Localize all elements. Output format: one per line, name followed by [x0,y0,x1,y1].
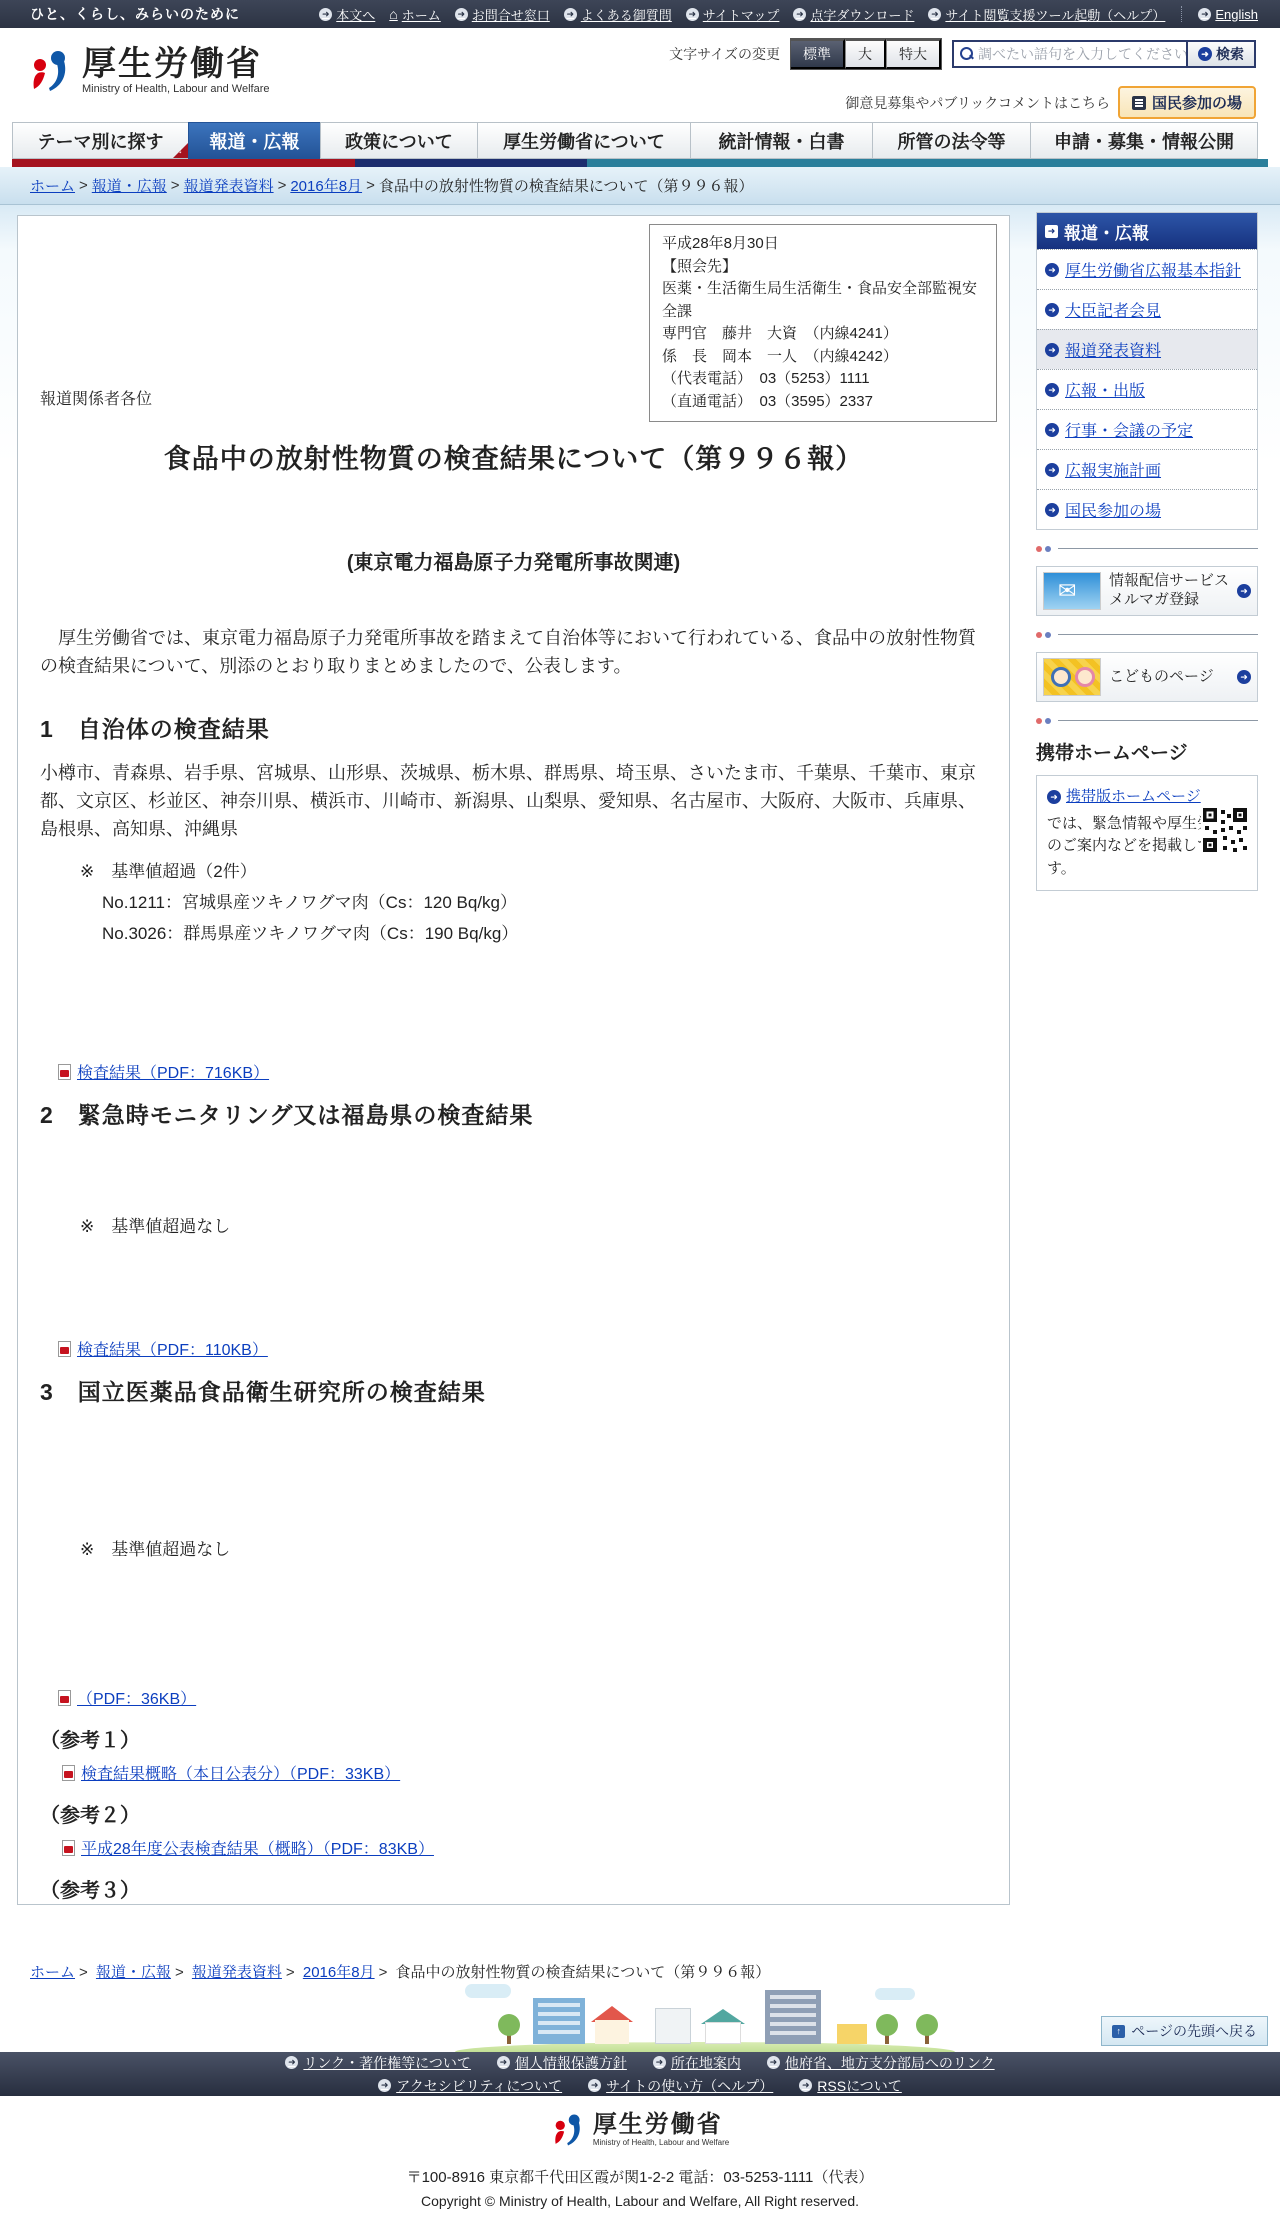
footer-logo-title: 厚生労働省 [593,2112,729,2138]
sidebar-menu-title: ➜報道・広報 [1037,213,1257,249]
pdf-icon [62,1840,75,1856]
section3-note: ※ 基準値超過なし [80,1535,987,1560]
reference3-heading: （参考３） [40,1874,987,1903]
arrow-circle-icon: ➜ [1237,670,1251,684]
strip-red [12,159,355,167]
arrow-circle-icon: ➜ [1045,423,1059,437]
sidebar-item-pr-policy[interactable]: ➜厚生労働省広報基本指針 [1037,249,1257,289]
breadcrumb-current: 食品中の放射性物質の検査結果について（第９９６報） [396,1964,771,1981]
page-title: 食品中の放射性物質の検査結果について（第９９６報） [40,437,987,476]
font-size-large-button[interactable]: 大 [845,39,886,69]
qr-code [1201,806,1249,854]
section1-heading: 1 自治体の検査結果 [40,711,987,744]
page-subtitle: (東京電力福島原子力発電所事故関連) [40,546,987,575]
arrow-circle-icon: ➜ [588,2079,601,2092]
contact-person-1: 専門官 藤井 大資 （内線4241） [662,323,984,346]
arrow-circle-icon: ➜ [1045,303,1059,317]
footer-copyright: Copyright © Ministry of Health, Labour a… [0,2193,1280,2209]
section1-pdf-link[interactable]: 検査結果（PDF：716KB） [77,1060,269,1083]
link-browsing-support[interactable]: ➜サイト閲覧支援ツール起動（ヘルプ） [928,5,1165,24]
footer: 厚生労働省 Ministry of Health, Labour and Wel… [0,2096,1280,2223]
section3-pdf-link[interactable]: （PDF：36KB） [77,1686,196,1709]
footer-link-accessibility[interactable]: ➜アクセシビリティについて [378,2076,562,2096]
arrow-circle-icon: ➜ [1045,343,1059,357]
footer-link-rss[interactable]: ➜RSSについて [799,2076,902,2096]
contact-department: 医薬・生活衛生局生活衛生・食品安全部監視安全課 [662,278,984,323]
sidebar: ➜報道・広報 ➜厚生労働省広報基本指針 ➜大臣記者会見 ➜報道発表資料 ➜広報・… [1036,212,1258,891]
sidebar-item-press-releases[interactable]: ➜報道発表資料 [1037,329,1257,369]
footer-address: 〒100-8916 東京都千代田区霞が関1-2-2 電話：03-5253-111… [0,2166,1280,2187]
breadcrumb-home[interactable]: ホーム [30,1964,75,1981]
nav-color-strip [0,159,1280,167]
pdf-icon [58,1341,71,1357]
breadcrumb-bottom: ホーム> 報道・広報> 報道発表資料> 2016年8月> 食品中の放射性物質の検… [30,1961,770,1982]
arrow-square-icon: ➜ [1045,225,1058,238]
mobile-site-link[interactable]: 携帯版ホームページ [1066,786,1201,809]
breadcrumb-press-pr[interactable]: 報道・広報 [92,175,167,196]
section3-heading: 3 国立医薬品食品衛生研究所の検査結果 [40,1374,987,1407]
footer-link-bar: ➜リンク・著作権等について ➜個人情報保護方針 ➜所在地案内 ➜他府省、地方支分… [0,2052,1280,2096]
mhlw-logo[interactable]: 厚生労働省 Ministry of Health, Labour and Wel… [28,46,270,95]
arrow-circle-icon: ➜ [497,2056,510,2069]
breadcrumb-month[interactable]: 2016年8月 [303,1964,375,1981]
kids-page-banner[interactable]: こどものページ ➜ [1036,652,1258,702]
sidebar-item-participation[interactable]: ➜国民参加の場 [1037,489,1257,529]
breadcrumb-current: 食品中の放射性物質の検査結果について（第９９６報） [379,175,754,196]
arrow-circle-icon: ➜ [1045,503,1059,517]
memo-icon [1132,96,1146,110]
reference1-pdf-link[interactable]: 検査結果概略（本日公表分）（PDF：33KB） [81,1761,400,1784]
footer-link-copyright-policy[interactable]: ➜リンク・著作権等について [285,2053,470,2073]
font-size-standard-button[interactable]: 標準 [791,39,845,69]
tab-theme-search[interactable]: テーマ別に探す [12,122,188,159]
contact-phone-main: （代表電話） 03（5253）1111 [662,368,984,391]
logo-subtitle: Ministry of Health, Labour and Welfare [82,83,270,95]
tab-applications[interactable]: 申請・募集・情報公開 [1030,122,1258,159]
home-icon: ⌂ [389,6,397,22]
divider [1036,546,1258,552]
search-icon [960,47,974,61]
divider [1036,632,1258,638]
section1-body: 小樽市、青森県、岩手県、宮城県、山形県、茨城県、栃木県、群馬県、埼玉県、さいたま… [40,760,987,844]
arrow-circle-icon: ➜ [285,2056,298,2069]
bottom-band: ホーム> 報道・広報> 報道発表資料> 2016年8月> 食品中の放射性物質の検… [0,1955,1280,2052]
footer-links-row1: ➜リンク・著作権等について ➜個人情報保護方針 ➜所在地案内 ➜他府省、地方支分… [0,2053,1280,2073]
pdf-icon [62,1765,75,1781]
contact-heading: 【照会先】 [662,256,984,279]
footer-links-row2: ➜アクセシビリティについて ➜サイトの使い方（ヘルプ） ➜RSSについて [0,2076,1280,2096]
sidebar-menu: ➜報道・広報 ➜厚生労働省広報基本指針 ➜大臣記者会見 ➜報道発表資料 ➜広報・… [1036,212,1258,530]
section1-note-item: No.1211：宮城県産ツキノワグマ肉（Cs：120 Bq/kg） [102,888,987,913]
section2-note: ※ 基準値超過なし [80,1212,987,1237]
reference2-pdf-link[interactable]: 平成28年度公表検査結果（概略）（PDF：83KB） [81,1836,434,1859]
strip-teal [587,159,1268,167]
font-size-switcher: 標準 大 特大 [790,38,942,70]
reference1-heading: （参考１） [40,1724,987,1753]
search-button[interactable]: ➜検索 [1186,42,1254,66]
section1-note: ※ 基準値超過（2件） [80,857,987,882]
children-icon [1043,658,1101,696]
search-input[interactable] [978,46,1186,62]
site-tagline: ひと、くらし、みらいのために [30,4,240,24]
link-english[interactable]: ➜English [1198,7,1258,22]
breadcrumb-press-releases[interactable]: 報道発表資料 [192,1964,282,1981]
contact-phone-direct: （直通電話） 03（3595）2337 [662,391,984,414]
breadcrumb-home[interactable]: ホーム [30,175,75,196]
arrow-circle-icon: ➜ [1045,263,1059,277]
page: ひと、くらし、みらいのために ➜本文へ ⌂ホーム ➜お問合せ窓口 ➜よくある御質… [0,0,1280,2223]
arrow-circle-icon: ➜ [1045,383,1059,397]
arrow-circle-icon: ➜ [686,8,699,21]
page-top-button[interactable]: ↑ ページの先頭へ戻る [1101,2016,1268,2046]
arrow-circle-icon: ➜ [455,8,468,21]
footer-link-other-ministries[interactable]: ➜他府省、地方支分部局へのリンク [767,2053,995,2073]
breadcrumb-press-releases[interactable]: 報道発表資料 [184,175,274,196]
press-release-content: 平成28年8月30日 【照会先】 医薬・生活衛生局生活衛生・食品安全部監視安全課… [17,215,1010,1905]
section2-heading: 2 緊急時モニタリング又は福島県の検査結果 [40,1097,987,1130]
site-header: 厚生労働省 Ministry of Health, Labour and Wel… [0,28,1280,122]
arrow-circle-icon: ➜ [928,8,941,21]
top-utility-bar: ひと、くらし、みらいのために ➜本文へ ⌂ホーム ➜お問合せ窓口 ➜よくある御質… [0,0,1280,28]
arrow-circle-icon: ➜ [653,2056,666,2069]
link-sitemap[interactable]: ➜サイトマップ [686,5,780,24]
mobile-site-heading: 携帯ホームページ [1036,738,1258,765]
divider [1181,6,1182,22]
link-braille-download[interactable]: ➜点字ダウンロード [793,5,914,24]
page-top-icon: ↑ [1112,2025,1125,2038]
sidebar-item-events[interactable]: ➜行事・会議の予定 [1037,409,1257,449]
font-size-xlarge-button[interactable]: 特大 [886,39,941,69]
opinion-row: 御意見募集やパブリックコメントはこちら 国民参加の場 [845,86,1256,119]
mailmag-banner[interactable]: 情報配信サービスメルマガ登録 ➜ [1036,566,1258,616]
logo-title: 厚生労働省 [82,46,270,83]
footer-logo: 厚生労働省 Ministry of Health, Labour and Wel… [551,2112,729,2147]
envelope-icon [1043,572,1101,610]
arrow-circle-icon: ➜ [799,2079,812,2092]
mobile-site-box: ➜携帯版ホームページ では、緊急情報や厚生労働省のご案内などを掲載しています。 [1036,775,1258,891]
font-size-label: 文字サイズの変更 [669,44,780,64]
mhlw-logo-mark [551,2113,585,2147]
link-to-main-content[interactable]: ➜本文へ [319,5,375,24]
dropdown-arrow-icon [173,143,188,158]
arrow-circle-icon: ➜ [1047,790,1061,804]
release-date: 平成28年8月30日 [662,233,984,256]
sidebar-item-minister-press[interactable]: ➜大臣記者会見 [1037,289,1257,329]
arrow-circle-icon: ➜ [319,8,332,21]
pdf-icon [58,1690,71,1706]
site-search: ➜検索 [952,40,1256,68]
section1-note-item: No.3026：群馬県産ツキノワグマ肉（Cs：190 Bq/kg） [102,919,987,944]
tab-statistics[interactable]: 統計情報・白書 [690,122,872,159]
tab-laws[interactable]: 所管の法令等 [872,122,1030,159]
tab-press-pr[interactable]: 報道・広報 [188,122,320,159]
sidebar-item-publications[interactable]: ➜広報・出版 [1037,369,1257,409]
opinion-text: 御意見募集やパブリックコメントはこちら [845,93,1110,113]
public-participation-button[interactable]: 国民参加の場 [1118,86,1256,119]
utility-links: ➜本文へ ⌂ホーム ➜お問合せ窓口 ➜よくある御質問 ➜サイトマップ ➜点字ダウ… [319,5,1258,24]
breadcrumb: ホーム> 報道・広報> 報道発表資料> 2016年8月> 食品中の放射性物質の検… [0,167,1280,205]
contact-person-2: 係 長 岡本 一人 （内線4242） [662,346,984,369]
contact-info-box: 平成28年8月30日 【照会先】 医薬・生活衛生局生活衛生・食品安全部監視安全課… [649,224,997,422]
tab-about-mhlw[interactable]: 厚生労働省について [477,122,690,159]
footer-logo-subtitle: Ministry of Health, Labour and Welfare [593,2138,729,2147]
arrow-circle-icon: ➜ [1198,47,1212,61]
arrow-circle-icon: ➜ [378,2079,391,2092]
main-area: 平成28年8月30日 【照会先】 医薬・生活衛生局生活衛生・食品安全部監視安全課… [0,205,1280,1955]
tab-policy[interactable]: 政策について [320,122,477,159]
nav-tabs: テーマ別に探す 報道・広報 政策について 厚生労働省について 統計情報・白書 所… [0,122,1280,159]
mhlw-logo-mark [28,49,72,93]
town-illustration [455,1984,955,2052]
footer-link-privacy[interactable]: ➜個人情報保護方針 [497,2053,627,2073]
global-nav: テーマ別に探す 報道・広報 政策について 厚生労働省について 統計情報・白書 所… [0,122,1280,167]
arrow-circle-icon: ➜ [1045,463,1059,477]
header-tools: 文字サイズの変更 標準 大 特大 ➜検索 [669,38,1256,70]
section2-pdf-link[interactable]: 検査結果（PDF：110KB） [77,1337,268,1360]
link-home[interactable]: ⌂ホーム [389,5,440,24]
arrow-circle-icon: ➜ [1237,584,1251,598]
footer-link-help[interactable]: ➜サイトの使い方（ヘルプ） [588,2076,773,2096]
arrow-circle-icon: ➜ [793,8,806,21]
arrow-circle-icon: ➜ [767,2056,780,2069]
footer-link-location[interactable]: ➜所在地案内 [653,2053,741,2073]
sidebar-item-pr-plan[interactable]: ➜広報実施計画 [1037,449,1257,489]
divider [1036,718,1258,724]
reference2-heading: （参考２） [40,1799,987,1828]
link-faq[interactable]: ➜よくある御質問 [564,5,672,24]
pdf-icon [58,1064,71,1080]
arrow-circle-icon: ➜ [1198,8,1211,21]
breadcrumb-press-pr[interactable]: 報道・広報 [96,1964,171,1981]
breadcrumb-month[interactable]: 2016年8月 [290,175,362,196]
arrow-circle-icon: ➜ [564,8,577,21]
link-contact[interactable]: ➜お問合せ窓口 [455,5,550,24]
strip-navy [355,159,587,167]
intro-paragraph: 厚生労働省では、東京電力福島原子力発電所事故を踏まえて自治体等において行われてい… [40,625,987,681]
